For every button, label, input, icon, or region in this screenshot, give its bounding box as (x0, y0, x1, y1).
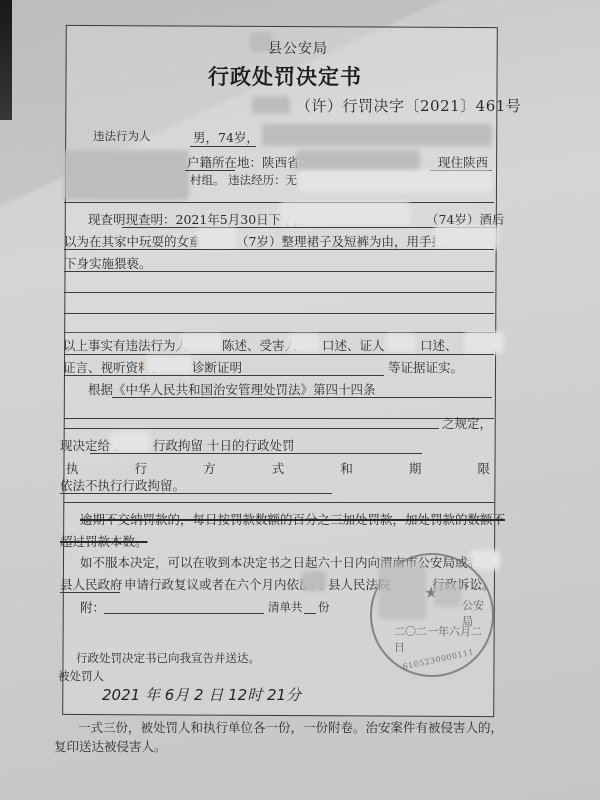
decision-penalty: 行政拘留 十日的行政处罚 (153, 436, 294, 454)
exec-char: 限 (477, 459, 490, 477)
redacted-seal-name (434, 583, 462, 607)
fine-clause-line1: 逾期不交纳罚款的，每日按罚款数额的百分之三加处罚款，加处罚款的数额不 (80, 510, 505, 528)
exec-char: 式 (272, 459, 285, 477)
redacted-name (386, 334, 416, 352)
redacted-prefix (252, 96, 290, 114)
offender-label: 违法行为人 (93, 128, 151, 144)
evidence-line1-a: 以上事实有违法行为人 (63, 336, 188, 354)
redacted-county (302, 571, 326, 591)
blank-line (64, 502, 494, 503)
underline (64, 271, 494, 272)
photo-edge-shadow (0, 0, 12, 120)
underline (60, 592, 120, 593)
redacted-county (470, 550, 500, 570)
redacted-residence (298, 170, 492, 192)
issuing-agency: 县公安局 (268, 38, 328, 58)
facts-line1: 现查明现查明：2021年5月30日下午， (88, 210, 306, 228)
underline (64, 375, 384, 376)
signature-datetime: 2021 年 6月 2 日 12时 21分 (102, 684, 301, 705)
blank-line (64, 428, 439, 429)
underline (60, 493, 332, 494)
blank-line (64, 313, 494, 314)
document-number: （许）行罚决字〔2021〕461号 (296, 95, 521, 116)
list-count-unit: 份 (318, 599, 330, 615)
attachment-label: 附： (80, 598, 105, 616)
execution-line2: 依法不执行行政拘留。 (60, 476, 185, 494)
evidence-line2-c: 等证据证实。 (388, 358, 463, 376)
exec-char: 和 (340, 459, 353, 477)
redacted-text (434, 226, 498, 250)
execution-method-row: 执 行 方 式 和 期 限 (66, 459, 490, 477)
redacted-address (296, 150, 420, 172)
redacted-name (180, 334, 222, 352)
signer-label: 被处罚人 (58, 668, 104, 684)
acknowledgement-statement: 行政处罚决定书已向我宣告并送达。 (76, 650, 260, 666)
underline (190, 146, 256, 147)
exec-char: 行 (135, 459, 148, 477)
document-title: 行政处罚决定书 (208, 61, 362, 91)
current-residence: 现住陕西 (438, 153, 488, 171)
redacted-name-id (262, 124, 492, 146)
redacted-seal-name (378, 563, 426, 619)
facts-line2-suffix: （7岁）整理裙子及短裤为由，用手抚摸 (236, 232, 456, 250)
fine-clause-line2: 超过罚款本数。 (60, 532, 148, 550)
underline (64, 249, 494, 250)
appeal-line2-b: 申请行政复议或者在六个月内依法向 (124, 575, 324, 593)
redacted-hospital (144, 356, 192, 374)
evidence-line1-d: 口述、 (420, 336, 458, 354)
seal-date: 二〇二一年六月二日 (394, 623, 492, 655)
exec-char: 方 (203, 459, 216, 477)
footer-note-line1: 一式三份，被处罚人和执行单位各一份，一份附卷。治安案件有被侵害人的， (78, 718, 503, 736)
redacted-name (110, 432, 150, 452)
redacted-block (64, 150, 189, 200)
underline (112, 397, 492, 398)
blank-line (64, 292, 494, 293)
underline (185, 170, 235, 171)
offender-basic-info: 男，74岁， (193, 128, 259, 146)
evidence-line1-c: 口述、证人 (322, 336, 385, 354)
section-divider (64, 202, 494, 203)
appeal-line2-a: 县人民政府 (60, 575, 123, 593)
group-and-record: 村组。 违法经历：无 (190, 172, 297, 188)
facts-line2: 以为在其家中玩耍的女童 (64, 232, 202, 250)
redacted-offender-name (280, 202, 410, 226)
attachment-field (104, 613, 264, 614)
facts-line3: 下身实施猥亵。 (64, 254, 152, 272)
legal-basis-suffix: 之规定， (442, 414, 492, 432)
redacted-text (464, 332, 504, 354)
exec-char: 执 (66, 459, 79, 477)
redacted-victim-name (196, 228, 236, 250)
list-count-label: 清单共 (268, 599, 303, 615)
evidence-line2-b: 诊断证明 (192, 358, 242, 376)
household-registration: 户籍所在地：陕西省 (187, 153, 300, 171)
underline (90, 453, 422, 454)
blank-line (64, 418, 494, 419)
legal-basis: 根据《中华人民共和国治安管理处罚法》第四十四条 (88, 380, 376, 398)
evidence-line1-b: 陈述、受害人 (222, 336, 297, 354)
footer-note-line2: 复印送达被侵害人。 (54, 737, 167, 755)
blank-line (64, 332, 494, 333)
redacted-name (288, 334, 320, 352)
official-seal: ★ 公安局 二〇二一年六月二日 6105230000111 (370, 553, 494, 677)
exec-char: 期 (409, 459, 422, 477)
list-count-field (304, 613, 316, 614)
underline (64, 354, 494, 355)
